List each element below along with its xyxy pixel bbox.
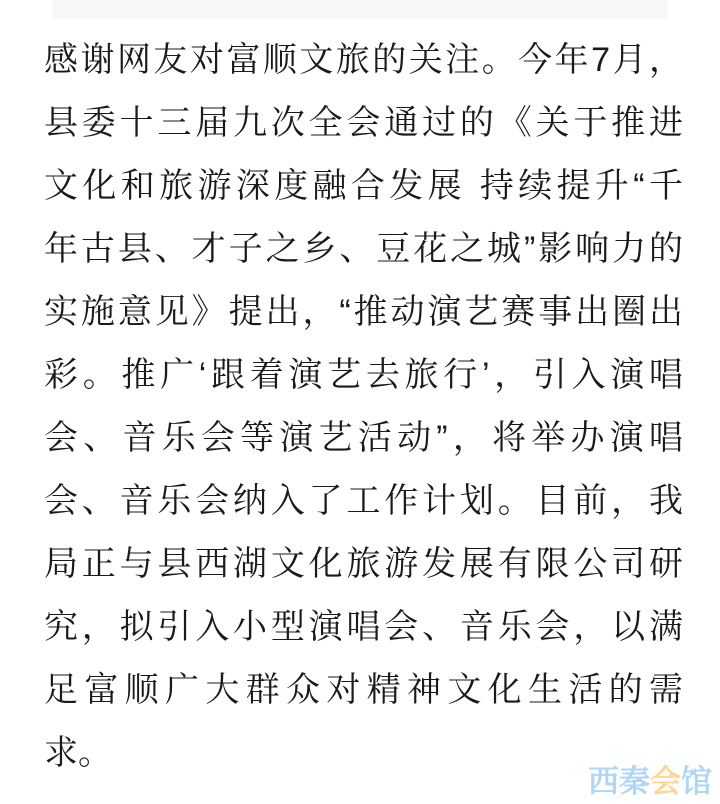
article-line: 局正与县西湖文化旅游发展有限公司研 xyxy=(44,533,683,596)
watermark-text-segment: 馆 xyxy=(681,764,712,799)
watermark-text-segment: 西秦 xyxy=(588,764,650,799)
article-line: 会、音乐会等演艺活动”，将举办演唱 xyxy=(44,407,683,470)
article-line: 实施意见》提出，“推动演艺赛事出圈出 xyxy=(44,281,683,344)
article-line: 年古县、才子之乡、豆花之城”影响力的 xyxy=(44,218,683,281)
watermark: 西秦会馆 xyxy=(588,766,712,797)
article-body: 感谢网友对富顺文旅的关注。今年7月， 县委十三届九次全会通过的《关于推进 文化和… xyxy=(44,29,683,785)
article-line: 感谢网友对富顺文旅的关注。今年7月， xyxy=(44,29,683,92)
article-line: 县委十三届九次全会通过的《关于推进 xyxy=(44,92,683,155)
article-line: 文化和旅游深度融合发展 持续提升“千 xyxy=(44,155,683,218)
cropped-image-bottom xyxy=(52,0,668,19)
watermark-text-segment: 会 xyxy=(650,764,681,799)
article-line: 足富顺广大群众对精神文化生活的需 xyxy=(44,659,683,722)
article-line: 究，拟引入小型演唱会、音乐会，以满 xyxy=(44,596,683,659)
article-line: 彩。推广‘跟着演艺去旅行’，引入演唱 xyxy=(44,344,683,407)
article-line: 会、音乐会纳入了工作计划。目前，我 xyxy=(44,470,683,533)
